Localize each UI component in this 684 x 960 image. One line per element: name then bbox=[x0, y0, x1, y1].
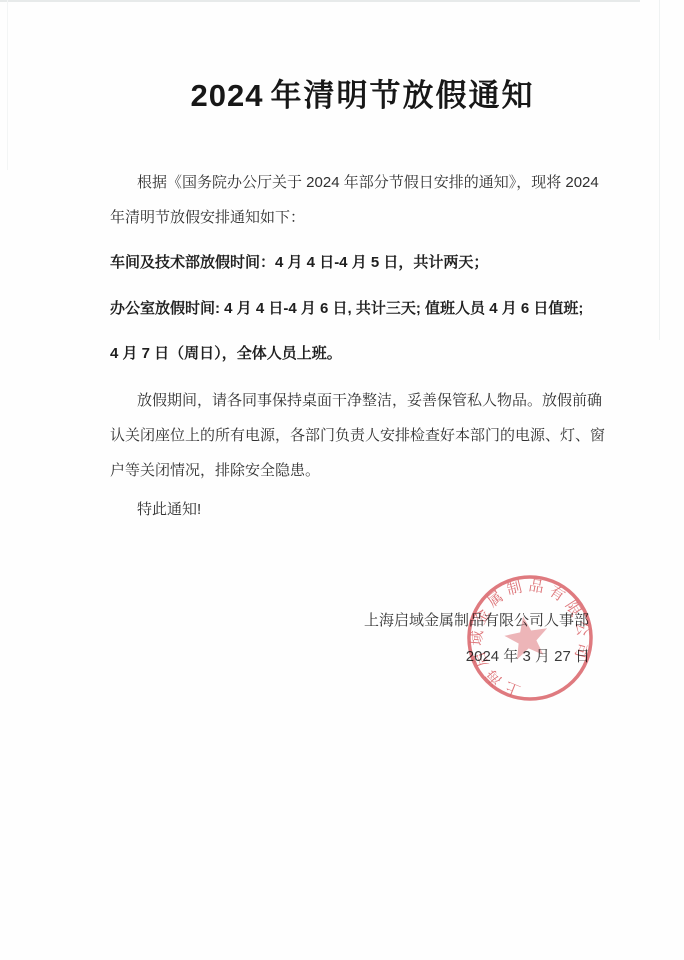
title-text: 年清明节放假通知 bbox=[270, 78, 534, 113]
document-page: 2024年清明节放假通知 根据《国务院办公厅关于 2024 年部分节假日安排的通… bbox=[0, 0, 684, 960]
title-year: 2024 bbox=[191, 78, 264, 113]
signature-date: 2024 年 3 月 27 日 bbox=[110, 639, 615, 674]
holiday-item-sunday-work: 4 月 7 日（周日），全体人员上班。 bbox=[110, 336, 615, 371]
scan-artifact-left-line bbox=[7, 0, 8, 170]
holiday-item-workshop: 车间及技术部放假时间：4 月 4 日-4 月 5 日，共计两天； bbox=[110, 245, 615, 280]
closing-line: 特此通知! bbox=[110, 492, 615, 527]
document-content: 2024年清明节放假通知 根据《国务院办公厅关于 2024 年部分节假日安排的通… bbox=[110, 0, 615, 674]
intro-paragraph: 根据《国务院办公厅关于 2024 年部分节假日安排的通知》，现将 2024 年清… bbox=[110, 165, 615, 235]
holiday-item-office: 办公室放假时间: 4 月 4 日-4 月 6 日, 共计三天; 值班人员 4 月… bbox=[110, 291, 615, 326]
scan-artifact-right-line bbox=[659, 0, 660, 340]
notes-paragraph: 放假期间，请各同事保持桌面干净整洁，妥善保管私人物品。放假前确认关闭座位上的所有… bbox=[110, 383, 615, 488]
signature-department: 上海启域金属制品有限公司人事部 bbox=[110, 603, 615, 638]
page-title: 2024年清明节放假通知 bbox=[110, 79, 615, 112]
